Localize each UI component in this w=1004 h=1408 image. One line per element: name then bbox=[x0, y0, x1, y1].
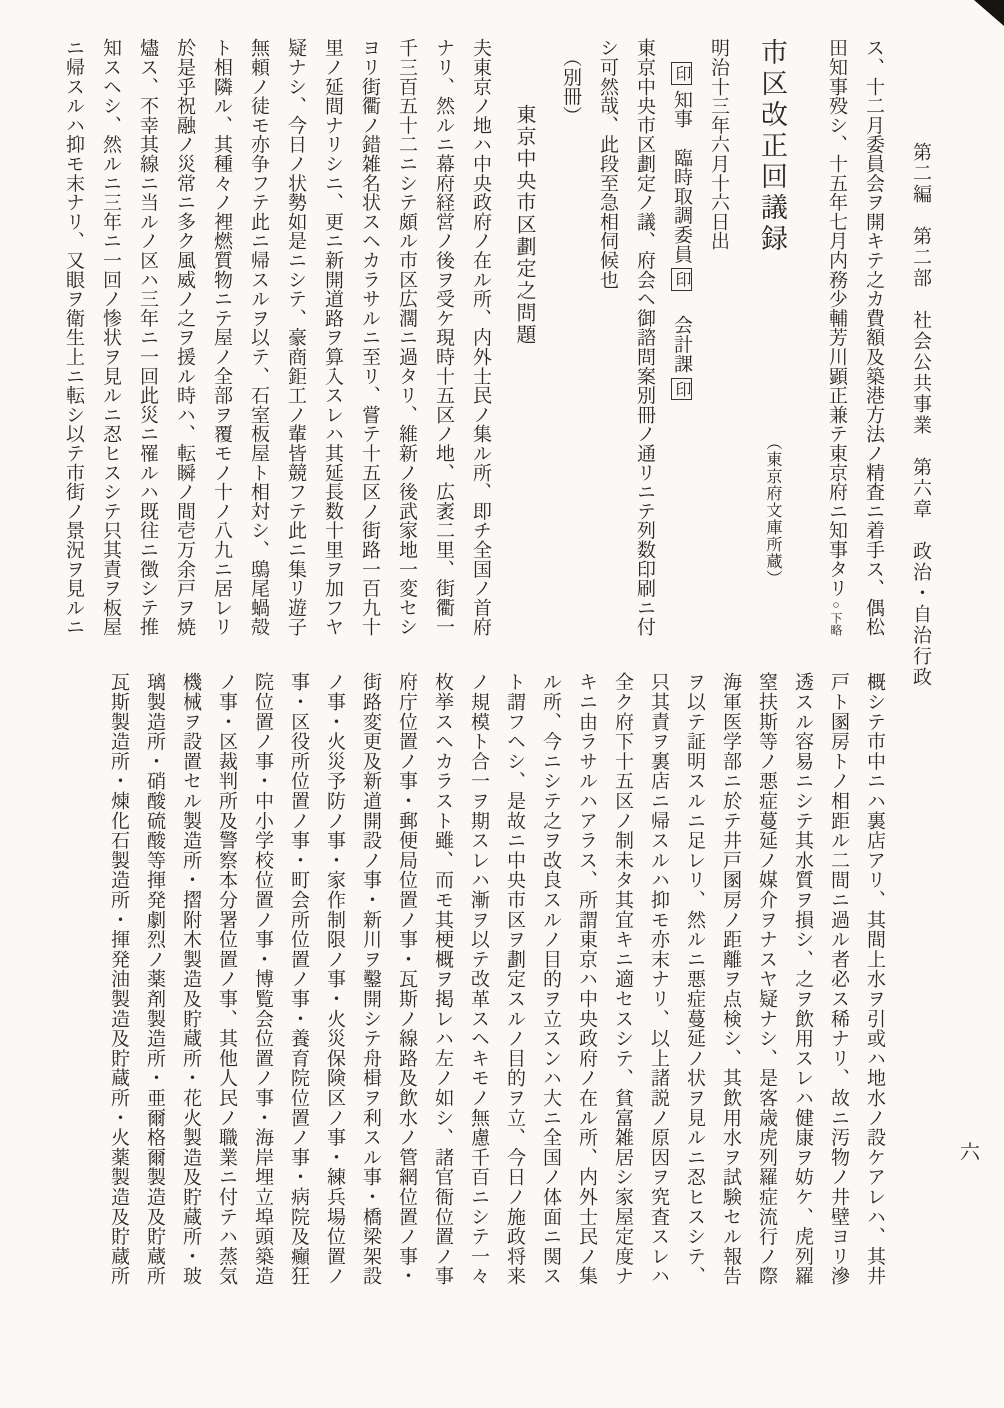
text-run bbox=[671, 38, 692, 57]
text-run: 透スル容易ニシテ其水質ヲ損シ、之ヲ飲用スレハ健康ヲ妨ケ、虎列羅 bbox=[792, 672, 813, 1286]
text-run: 明治十三年六月十六日出 bbox=[708, 38, 729, 250]
text-line: 戸ト圂房トノ相距ル二間ニ過ル者必ス稀ナリ、故ニ汚物ノ井壁ヨリ滲 bbox=[820, 672, 856, 1312]
text-run: ヨリ街衢ノ錯雑名状スヘカラサルニ至リ、嘗テ十五区ノ街路一百九十 bbox=[359, 38, 380, 636]
text-run: 疑ナシ、今日ノ状勢如是ニシテ、豪商鉅工ノ輩皆競フテ此ニ集リ遊子 bbox=[285, 38, 306, 636]
text-run: 府庁位置ノ事・郵便局位置ノ事・瓦斯ノ線路及飲水ノ管網位置ノ事・ bbox=[396, 672, 417, 1286]
text-run: 田知事殁シ、十五年七月内務少輔芳川顕正兼テ東京府ニ知事タリ bbox=[826, 38, 847, 598]
seal-stamp: 印 bbox=[671, 378, 692, 400]
text-run: キニ由ラサルハアラス、所謂東京ハ中央政府ノ在ル所、内外士民ノ集 bbox=[576, 672, 597, 1286]
text-line: 夫東京ノ地ハ中央政府ノ在ル所、内外士民ノ集ル所、即チ全国ノ首府 bbox=[462, 38, 499, 646]
text-run: ス、十二月委員会ヲ開キテ之カ費額及築港方法ノ精査ニ着手ス、偶松 bbox=[863, 38, 884, 636]
text-line: ト謂フヘシ、是故ニ中央市区ヲ劃定スルノ目的ヲ立、今日ノ施政将来 bbox=[496, 672, 532, 1312]
text-line: 事・区役所位置ノ事・町会所位置ノ事・養育院位置ノ事・病院及癲狂 bbox=[280, 672, 316, 1312]
text-run: 院位置ノ事・中小学校位置ノ事・博覧会位置ノ事・海岸埋立埠頭築造 bbox=[252, 672, 273, 1286]
text-run: 東京中央市区劃定之問題 bbox=[513, 38, 535, 346]
text-run: 知事 bbox=[671, 90, 692, 129]
text-run: 無頼ノ徒モ亦争フテ此ニ帰スルヲ以テ、石室板屋ト相対シ、鴟尾蝸殻 bbox=[248, 38, 269, 636]
text-line: 田知事殁シ、十五年七月内務少輔芳川顕正兼テ東京府ニ知事タリ○下略 bbox=[817, 38, 855, 646]
text-run: 只其責ヲ裏店ニ帰スルハ抑モ亦末ナリ、以上諸説ノ原因ヲ究査スレハ bbox=[648, 672, 669, 1286]
text-run: 千三百五十二ニシテ頗ル市区広濶ニ過タリ、維新ノ後武家地一変セシ bbox=[396, 38, 417, 636]
text-line: 東京中央市区劃定ノ議、府会ヘ御諮問案別冊ノ通リニテ列数印刷ニ付 bbox=[626, 38, 663, 646]
text-run bbox=[671, 128, 692, 147]
text-line: 於是乎祝融ノ災常ニ多ク風威ノ之ヲ援ル時ハ、転瞬ノ間壱万余戸ヲ焼 bbox=[166, 38, 203, 646]
text-line: （別冊） bbox=[552, 38, 589, 646]
text-run: 枚挙スヘカラスト雖、而モ其梗概ヲ掲レハ左ノ如シ、諸官衙位置ノ事 bbox=[432, 672, 453, 1286]
text-line: 海軍医学部ニ於テ井戸圂房ノ距離ヲ点検シ、其飲用水ヲ試験セル報告 bbox=[712, 672, 748, 1312]
text-line: シ可然哉、此段至急相伺候也 bbox=[589, 38, 626, 646]
text-run: ト謂フヘシ、是故ニ中央市区ヲ劃定スルノ目的ヲ立、今日ノ施政将来 bbox=[504, 672, 525, 1286]
text-run: 夫東京ノ地ハ中央政府ノ在ル所、内外士民ノ集ル所、即チ全国ノ首府 bbox=[470, 38, 491, 636]
text-line: 府庁位置ノ事・郵便局位置ノ事・瓦斯ノ線路及飲水ノ管網位置ノ事・ bbox=[388, 672, 424, 1312]
text-line: ヲ以テ証明スルニ足レリ、然ルニ悪症蔓延ノ状ヲ見ルニ忍ヒスシテ、 bbox=[676, 672, 712, 1312]
text-run: シ可然哉、此段至急相伺候也 bbox=[597, 38, 618, 289]
text-line: 知スヘシ、然ルニ三年ニ一回ノ惨状ヲ見ルニ忍ヒスシテ只其責ヲ板屋 bbox=[92, 38, 129, 646]
text-run bbox=[671, 296, 692, 315]
document-page: 第二編 第二部 社会公共事業 第六章 政治・自治行政 六 ス、十二月委員会ヲ開キ… bbox=[0, 0, 1004, 1408]
text-run: 窒扶斯等ノ悪症蔓延ノ媒介ヲナスヤ疑ナシ、是客歳虎列羅症流行ノ際 bbox=[756, 672, 777, 1286]
text-line: 街路変更及新道開設ノ事・新川ヲ鑿開シテ舟楫ヲ利スル事・橋梁架設 bbox=[352, 672, 388, 1312]
text-run: （東京府文庫所蔵） bbox=[764, 255, 781, 587]
text-line: ノ事・区裁判所及警察本分署位置ノ事、其他人民ノ職業ニ付テハ蒸気 bbox=[208, 672, 244, 1312]
text-line: 枚挙スヘカラスト雖、而モ其梗概ヲ掲レハ左ノ如シ、諸官衙位置ノ事 bbox=[424, 672, 460, 1312]
text-run: ノ事・火災予防ノ事・家作制限ノ事・火災保険区ノ事・練兵場位置ノ bbox=[324, 672, 345, 1286]
document-title-line: 市区改正回議録 （東京府文庫所蔵） bbox=[753, 38, 791, 646]
text-line: 璃製造所・硝酸硫酸等揮発劇烈ノ薬剤製造所・亜爾格爾製造及貯蔵所 bbox=[136, 672, 172, 1312]
text-line: ト相隣ル、其種々ノ裡燃質物ニテ屋ノ全部ヲ覆モノ十ノ八九ニ居レリ bbox=[203, 38, 240, 646]
text-line: ニ帰スルハ抑モ末ナリ、又眼ヲ衛生上ニ転シ以テ市街ノ景況ヲ見ルニ bbox=[55, 38, 92, 646]
text-line: 全ク府下十五区ノ制未タ其宜キニ適セスシテ、貧富雑居シ家屋定度ナ bbox=[604, 672, 640, 1312]
text-line: ナリ、然ルニ幕府経営ノ後ヲ受ケ現時十五区ノ地、広袤二里、街衢一 bbox=[425, 38, 462, 646]
inline-note: ○下略 bbox=[829, 598, 843, 636]
text-line: 窒扶斯等ノ悪症蔓延ノ媒介ヲナスヤ疑ナシ、是客歳虎列羅症流行ノ際 bbox=[748, 672, 784, 1312]
text-run: （別冊） bbox=[560, 38, 581, 125]
text-line: ノ規模ト合一ヲ期スレハ漸ヲ以テ改革スヘキモノ無慮千百ニシテ一々 bbox=[460, 672, 496, 1312]
text-line: ル所、今ニシテ之ヲ改良スルノ目的ヲ立スンハ大ニ全国ノ体面ニ関ス bbox=[532, 672, 568, 1312]
text-run: 璃製造所・硝酸硫酸等揮発劇烈ノ薬剤製造所・亜爾格爾製造及貯蔵所 bbox=[144, 672, 165, 1286]
text-run: 海軍医学部ニ於テ井戸圂房ノ距離ヲ点検シ、其飲用水ヲ試験セル報告 bbox=[720, 672, 741, 1286]
text-line: 疑ナシ、今日ノ状勢如是ニシテ、豪商鉅工ノ輩皆競フテ此ニ集リ遊子 bbox=[277, 38, 314, 646]
text-run: ル所、今ニシテ之ヲ改良スルノ目的ヲ立スンハ大ニ全国ノ体面ニ関ス bbox=[540, 672, 561, 1286]
text-line: 無頼ノ徒モ亦争フテ此ニ帰スルヲ以テ、石室板屋ト相対シ、鴟尾蝸殻 bbox=[240, 38, 277, 646]
seal-stamp: 印 bbox=[671, 62, 692, 84]
text-line: 透スル容易ニシテ其水質ヲ損シ、之ヲ飲用スレハ健康ヲ妨ケ、虎列羅 bbox=[784, 672, 820, 1312]
scan-corner-artifact bbox=[974, 0, 1004, 26]
text-run: 全ク府下十五区ノ制未タ其宜キニ適セスシテ、貧富雑居シ家屋定度ナ bbox=[612, 672, 633, 1286]
text-run: 知スヘシ、然ルニ三年ニ一回ノ惨状ヲ見ルニ忍ヒスシテ只其責ヲ板屋 bbox=[100, 38, 121, 636]
text-run: 概シテ市中ニハ裏店アリ、其間上水ヲ引或ハ地水ノ設ケアレハ、其井 bbox=[864, 672, 885, 1286]
text-run: 東京中央市区劃定ノ議、府会ヘ御諮問案別冊ノ通リニテ列数印刷ニ付 bbox=[634, 38, 655, 636]
text-line: 機械ヲ設置セル製造所・摺附木製造及貯蔵所・花火製造及貯蔵所・玻 bbox=[172, 672, 208, 1312]
text-run: 燼ス、不幸其線ニ当ルノ区ハ三年ニ一回此災ニ罹ルハ既往ニ徴シテ推 bbox=[137, 38, 158, 636]
text-run: ノ規模ト合一ヲ期スレハ漸ヲ以テ改革スヘキモノ無慮千百ニシテ一々 bbox=[468, 672, 489, 1286]
text-run: 事・区役所位置ノ事・町会所位置ノ事・養育院位置ノ事・病院及癲狂 bbox=[288, 672, 309, 1286]
text-line: 只其責ヲ裏店ニ帰スルハ抑モ亦末ナリ、以上諸説ノ原因ヲ究査スレハ bbox=[640, 672, 676, 1312]
text-run: ニ帰スルハ抑モ末ナリ、又眼ヲ衛生上ニ転シ以テ市街ノ景況ヲ見ルニ bbox=[63, 38, 84, 636]
text-line: ヨリ街衢ノ錯雑名状スヘカラサルニ至リ、嘗テ十五区ノ街路一百九十 bbox=[351, 38, 388, 646]
text-line: 千三百五十二ニシテ頗ル市区広濶ニ過タリ、維新ノ後武家地一変セシ bbox=[388, 38, 425, 646]
text-run: 瓦斯製造所・煉化石製造所・揮発油製造及貯蔵所・火薬製造及貯蔵所 bbox=[108, 672, 129, 1286]
text-run: 臨時取調委員 bbox=[671, 148, 692, 264]
text-run: ノ事・区裁判所及警察本分署位置ノ事、其他人民ノ職業ニ付テハ蒸気 bbox=[216, 672, 237, 1286]
text-run: 機械ヲ設置セル製造所・摺附木製造及貯蔵所・花火製造及貯蔵所・玻 bbox=[180, 672, 201, 1286]
text-line: キニ由ラサルハアラス、所謂東京ハ中央政府ノ在ル所、内外士民ノ集 bbox=[568, 672, 604, 1312]
running-header: 第二編 第二部 社会公共事業 第六章 政治・自治行政 bbox=[907, 142, 934, 688]
text-run: 街路変更及新道開設ノ事・新川ヲ鑿開シテ舟楫ヲ利スル事・橋梁架設 bbox=[360, 672, 381, 1286]
text-line: 院位置ノ事・中小学校位置ノ事・博覧会位置ノ事・海岸埋立埠頭築造 bbox=[244, 672, 280, 1312]
text-line: ノ事・火災予防ノ事・家作制限ノ事・火災保険区ノ事・練兵場位置ノ bbox=[316, 672, 352, 1312]
signature-seal-line: 印知事 臨時取調委員印 会計課印 bbox=[663, 38, 700, 646]
text-line: 里ノ延間ナリシニ、更ニ新開道路ヲ算入スレハ其延長数十里ヲ加フヤ bbox=[314, 38, 351, 646]
text-run: 戸ト圂房トノ相距ル二間ニ過ル者必ス稀ナリ、故ニ汚物ノ井壁ヨリ滲 bbox=[828, 672, 849, 1286]
text-run: 会計課 bbox=[671, 315, 692, 373]
text-run: 市区改正回議録 bbox=[757, 38, 787, 255]
text-line: 瓦斯製造所・煉化石製造所・揮発油製造及貯蔵所・火薬製造及貯蔵所 bbox=[100, 672, 136, 1312]
section-heading-line: 東京中央市区劃定之問題 bbox=[505, 38, 542, 646]
text-run: ナリ、然ルニ幕府経営ノ後ヲ受ケ現時十五区ノ地、広袤二里、街衢一 bbox=[433, 38, 454, 636]
text-line: 燼ス、不幸其線ニ当ルノ区ハ三年ニ一回此災ニ罹ルハ既往ニ徴シテ推 bbox=[129, 38, 166, 646]
text-run: 里ノ延間ナリシニ、更ニ新開道路ヲ算入スレハ其延長数十里ヲ加フヤ bbox=[322, 38, 343, 636]
text-line: 概シテ市中ニハ裏店アリ、其間上水ヲ引或ハ地水ノ設ケアレハ、其井 bbox=[856, 672, 892, 1312]
text-block-bottom: 概シテ市中ニハ裏店アリ、其間上水ヲ引或ハ地水ノ設ケアレハ、其井戸ト圂房トノ相距ル… bbox=[100, 672, 892, 1312]
text-run: ヲ以テ証明スルニ足レリ、然ルニ悪症蔓延ノ状ヲ見ルニ忍ヒスシテ、 bbox=[684, 672, 705, 1286]
text-block-top: ス、十二月委員会ヲ開キテ之カ費額及築港方法ノ精査ニ着手ス、偶松田知事殁シ、十五年… bbox=[55, 38, 892, 646]
seal-stamp: 印 bbox=[671, 268, 692, 290]
text-run: 於是乎祝融ノ災常ニ多ク風威ノ之ヲ援ル時ハ、転瞬ノ間壱万余戸ヲ焼 bbox=[174, 38, 195, 636]
page-number: 六 bbox=[960, 1136, 980, 1165]
text-line: ス、十二月委員会ヲ開キテ之カ費額及築港方法ノ精査ニ着手ス、偶松 bbox=[855, 38, 892, 646]
text-line: 明治十三年六月十六日出 bbox=[700, 38, 737, 646]
text-run: ト相隣ル、其種々ノ裡燃質物ニテ屋ノ全部ヲ覆モノ十ノ八九ニ居レリ bbox=[211, 38, 232, 636]
